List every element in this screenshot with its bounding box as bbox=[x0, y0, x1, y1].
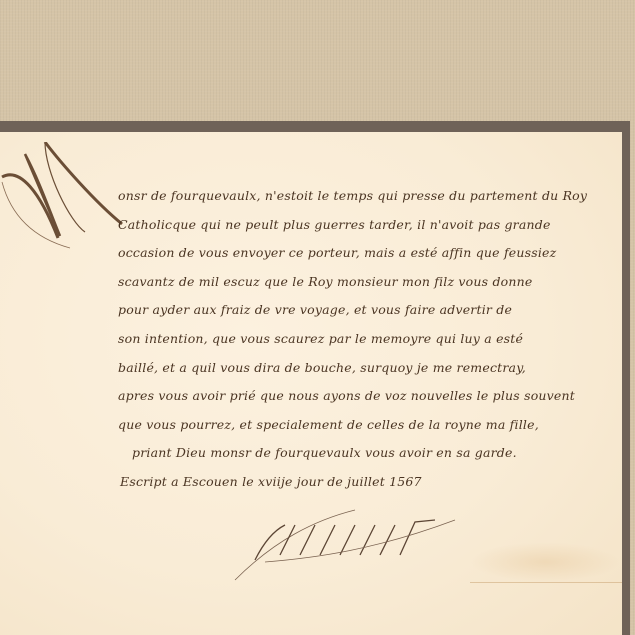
letter-paper: onsr de fourquevaulx, n'estoit le temps … bbox=[0, 132, 622, 635]
letter-line: apres vous avoir prié que nous ayons de … bbox=[118, 382, 618, 411]
letter-line: Catholicque qui ne peult plus guerres ta… bbox=[118, 211, 618, 240]
letter-body: onsr de fourquevaulx, n'estoit le temps … bbox=[118, 182, 618, 497]
date-line: Escript a Escouen le xviije jour de juil… bbox=[118, 468, 618, 497]
letter-line: que vous pourrez, et specialement de cel… bbox=[118, 411, 618, 440]
letter-line: priant Dieu monsr de fourquevaulx vous a… bbox=[118, 439, 618, 468]
letter-line: pour ayder aux fraiz de vre voyage, et v… bbox=[118, 296, 618, 325]
letter-line: occasion de vous envoyer ce porteur, mai… bbox=[118, 239, 618, 268]
letter-line: son intention, que vous scaurez par le m… bbox=[118, 325, 618, 354]
decorative-initial-m-icon bbox=[0, 142, 130, 262]
letter-line: scavantz de mil escuz que le Roy monsieu… bbox=[118, 268, 618, 297]
signature-text: Caterine bbox=[239, 518, 371, 553]
letter-line: onsr de fourquevaulx, n'estoit le temps … bbox=[118, 182, 618, 211]
signature: Caterine bbox=[215, 500, 495, 590]
letter-line: baillé, et a quil vous dira de bouche, s… bbox=[118, 354, 618, 383]
